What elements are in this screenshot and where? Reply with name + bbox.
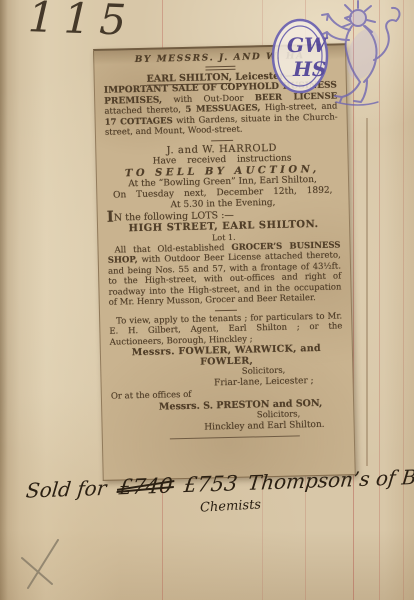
buyer-note: Chemists bbox=[200, 497, 262, 515]
watermark-initials-top: GW bbox=[287, 33, 329, 57]
divider-rule bbox=[205, 66, 235, 71]
viewing-particulars: To view, apply to the tenants ; for part… bbox=[109, 311, 343, 348]
divider-rule bbox=[211, 139, 233, 140]
lion-rampant-icon bbox=[321, 1, 399, 105]
gwhs-badge: GW HS bbox=[273, 20, 329, 92]
sold-for-text: Sold for bbox=[25, 476, 108, 503]
pencil-cross-mark bbox=[12, 534, 68, 596]
divider-rule bbox=[214, 309, 236, 310]
bottom-rule bbox=[170, 435, 300, 439]
struck-price: £740 bbox=[118, 473, 174, 499]
watermark-initials-bottom: HS bbox=[292, 57, 326, 81]
folio-number: 115 bbox=[27, 0, 136, 45]
page-crease bbox=[366, 118, 368, 466]
lot1-description: All that Old-established GROCER’S BUSINE… bbox=[107, 240, 341, 308]
gwhs-watermark: GW HS bbox=[270, 0, 412, 114]
final-price: £753 bbox=[183, 471, 239, 497]
scrapbook-page: 115 BY MESSRS. J. AND W. HA EARL SHILTON… bbox=[0, 0, 414, 600]
